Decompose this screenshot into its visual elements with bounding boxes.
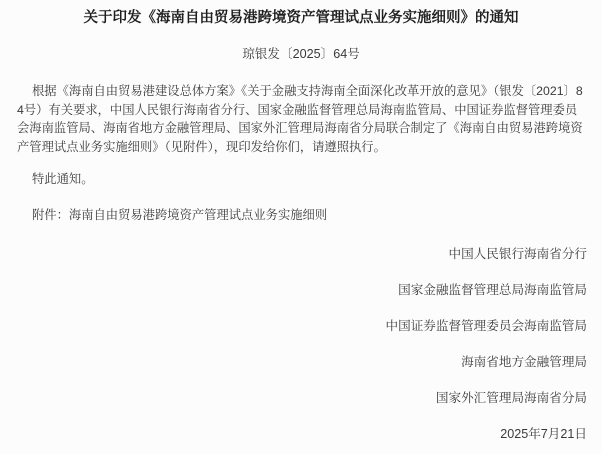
signature-block: 中国人民银行海南省分行 国家金融监督管理总局海南监管局 中国证券监督管理委员会海… xyxy=(0,245,602,444)
closing-line: 特此通知。 xyxy=(0,170,602,189)
attachment-line: 附件：海南自由贸易港跨境资产管理试点业务实施细则 xyxy=(0,206,602,225)
date-line: 2025年7月21日 xyxy=(0,425,587,444)
page-title: 关于印发《海南自由贸易港跨境资产管理试点业务实施细则》的通知 xyxy=(0,8,602,29)
document-number: 琼银发〔2025〕64号 xyxy=(0,46,602,63)
signature-line: 中国证券监督管理委员会海南监管局 xyxy=(0,317,587,336)
body-paragraph: 根据《海南自由贸易港建设总体方案》《关于金融支持海南全面深化改革开放的意见》（银… xyxy=(0,82,585,156)
signature-line: 国家外汇管理局海南省分局 xyxy=(0,389,587,408)
document-page: 关于印发《海南自由贸易港跨境资产管理试点业务实施细则》的通知 琼银发〔2025〕… xyxy=(0,0,602,454)
signature-line: 海南省地方金融管理局 xyxy=(0,353,587,372)
signature-line: 国家金融监督管理总局海南监管局 xyxy=(0,281,587,300)
signature-line: 中国人民银行海南省分行 xyxy=(0,245,587,264)
